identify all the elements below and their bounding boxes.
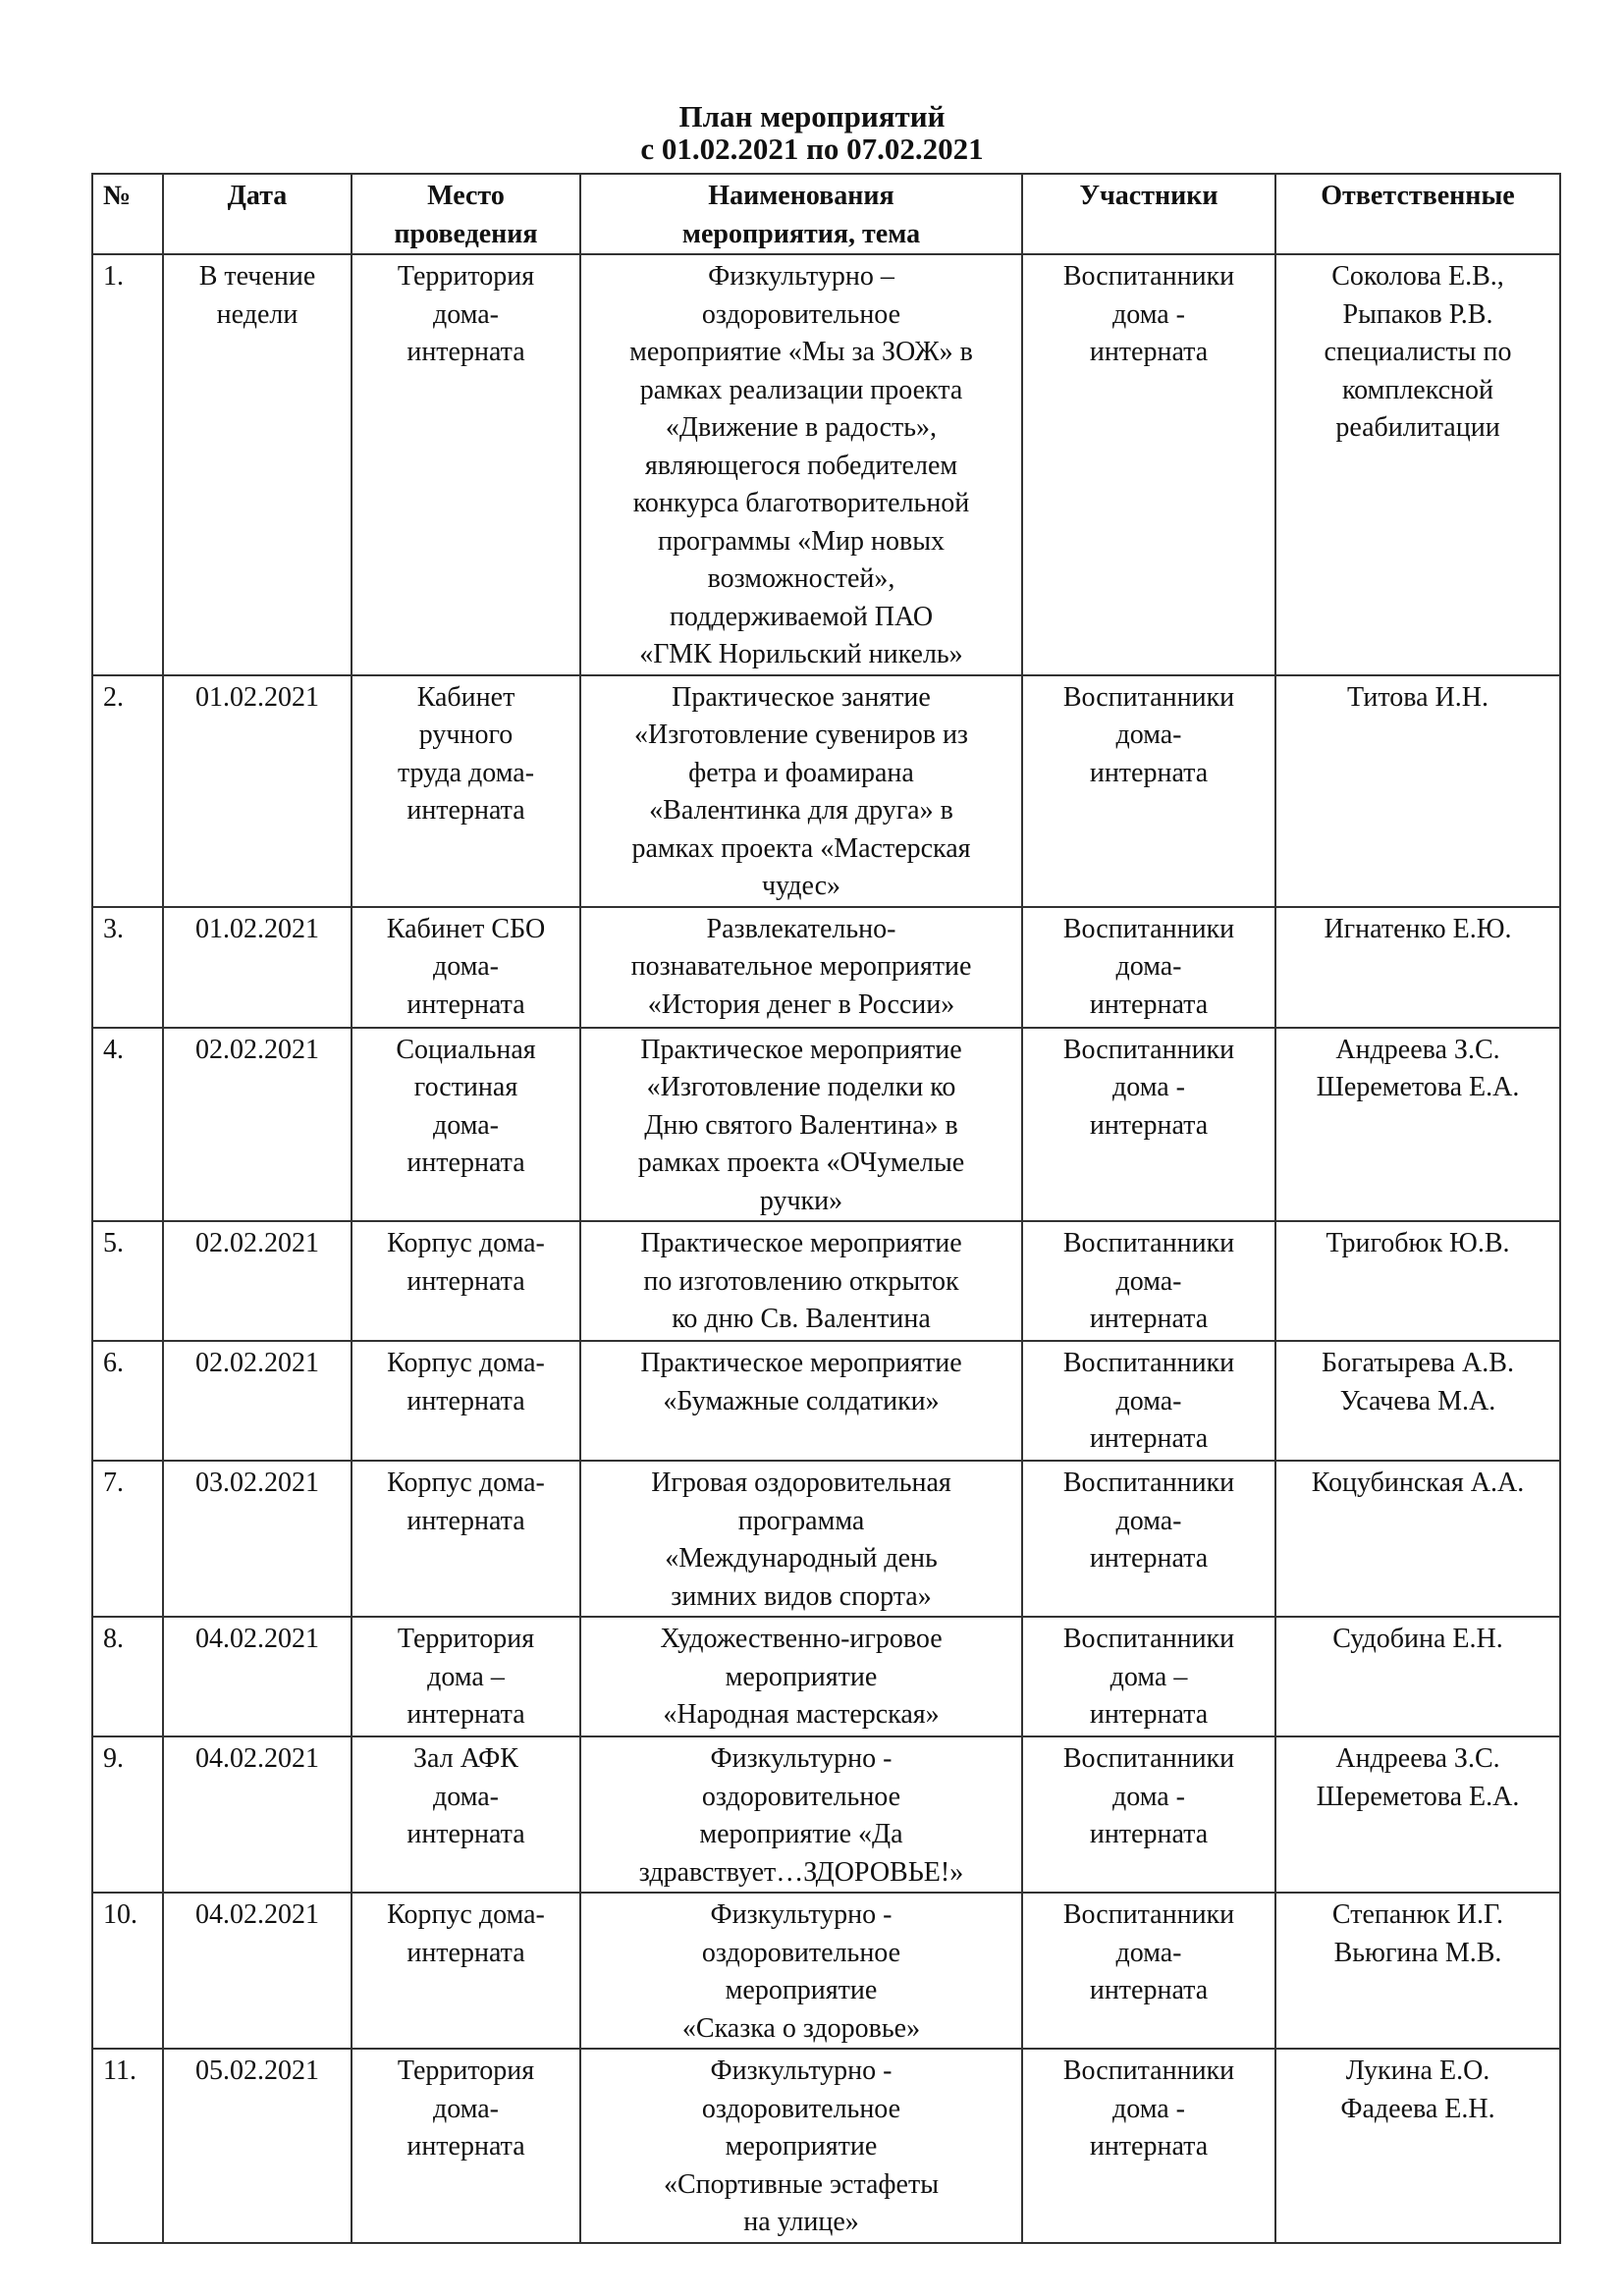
cell-date: 03.02.2021: [163, 1461, 352, 1617]
cell-text-line: Фадеева Е.Н.: [1282, 2091, 1553, 2129]
table-header-row: № Дата Местопроведения Наименованиямероп…: [92, 174, 1560, 254]
cell-date: В течениенедели: [163, 254, 352, 675]
cell-text-line: «История денег в России»: [587, 987, 1015, 1025]
cell-text-line: Дата: [170, 178, 345, 216]
cell-text-line: Рыпаков Р.В.: [1282, 296, 1553, 335]
cell-text-line: дома -: [1029, 2091, 1269, 2129]
cell-number: 11.: [92, 2049, 163, 2243]
cell-text-line: Игровая оздоровительная: [587, 1465, 1015, 1503]
cell-text-line: дома-: [358, 296, 573, 335]
cell-text-line: Корпус дома-: [358, 1225, 573, 1263]
cell-text-line: Практическое занятие: [587, 679, 1015, 718]
cell-text-line: Богатырева А.В.: [1282, 1345, 1553, 1383]
cell-text-line: Кабинет: [358, 679, 573, 718]
cell-text-line: Андреева З.С.: [1282, 1032, 1553, 1070]
cell-event-name: Физкультурно -оздоровительноемероприятие…: [580, 1893, 1022, 2049]
cell-text-line: Корпус дома-: [358, 1465, 573, 1503]
cell-text-line: 10.: [103, 1896, 156, 1935]
cell-text-line: интерната: [358, 2128, 573, 2166]
cell-text-line: Воспитанники: [1029, 1465, 1269, 1503]
cell-text-line: Воспитанники: [1029, 1740, 1269, 1779]
cell-text-line: Практическое мероприятие: [587, 1225, 1015, 1263]
cell-participants: Воспитанникидома –интерната: [1022, 1617, 1275, 1736]
cell-place: Кабинетручноготруда дома-интерната: [352, 675, 580, 907]
cell-text-line: Практическое мероприятие: [587, 1032, 1015, 1070]
cell-text-line: интерната: [1029, 1816, 1269, 1854]
cell-text-line: дома-: [1029, 948, 1269, 987]
cell-text-line: 8.: [103, 1621, 156, 1659]
cell-text-line: №: [103, 178, 156, 216]
cell-text-line: Тригобюк Ю.В.: [1282, 1225, 1553, 1263]
cell-text-line: мероприятие «Мы за ЗОЖ» в: [587, 334, 1015, 372]
cell-responsible: Богатырева А.В.Усачева М.А.: [1275, 1341, 1560, 1461]
cell-text-line: Лукина Е.О.: [1282, 2053, 1553, 2091]
cell-text-line: «Сказка о здоровье»: [587, 2010, 1015, 2049]
cell-text-line: дома -: [1029, 1779, 1269, 1817]
cell-text-line: зимних видов спорта»: [587, 1578, 1015, 1617]
cell-text-line: интерната: [1029, 1107, 1269, 1146]
cell-text-line: 02.02.2021: [170, 1345, 345, 1383]
cell-place: Территориядома-интерната: [352, 2049, 580, 2243]
cell-text-line: познавательное мероприятие: [587, 948, 1015, 987]
cell-text-line: дома-: [358, 1107, 573, 1146]
cell-text-line: интерната: [1029, 1420, 1269, 1459]
cell-text-line: конкурса благотворительной: [587, 485, 1015, 523]
cell-text-line: Наименования: [587, 178, 1015, 216]
cell-text-line: Шереметова Е.А.: [1282, 1069, 1553, 1107]
cell-participants: Воспитанникидома -интерната: [1022, 1736, 1275, 1893]
cell-event-name: Практическое мероприятие«Бумажные солдат…: [580, 1341, 1022, 1461]
table-row: 5.02.02.2021Корпус дома-интернатаПрактич…: [92, 1221, 1560, 1341]
cell-text-line: интерната: [1029, 755, 1269, 793]
table-row: 11.05.02.2021Территориядома-интернатаФиз…: [92, 2049, 1560, 2243]
cell-text-line: Художественно-игровое: [587, 1621, 1015, 1659]
cell-text-line: дома-: [1029, 1503, 1269, 1541]
cell-text-line: Территория: [358, 258, 573, 296]
cell-number: 4.: [92, 1028, 163, 1222]
cell-text-line: Судобина Е.Н.: [1282, 1621, 1553, 1659]
table-row: 6.02.02.2021Корпус дома-интернатаПрактич…: [92, 1341, 1560, 1461]
cell-text-line: дома-: [1029, 1263, 1269, 1302]
cell-event-name: Практическое занятие«Изготовление сувени…: [580, 675, 1022, 907]
cell-place: Корпус дома-интерната: [352, 1221, 580, 1341]
table-row: 4.02.02.2021Социальнаягостинаядома-интер…: [92, 1028, 1560, 1222]
cell-place: Корпус дома-интерната: [352, 1341, 580, 1461]
table-row: 10.04.02.2021Корпус дома-интернатаФизкул…: [92, 1893, 1560, 2049]
cell-place: Зал АФКдома-интерната: [352, 1736, 580, 1893]
cell-text-line: интерната: [358, 1696, 573, 1735]
cell-text-line: Соколова Е.В.,: [1282, 258, 1553, 296]
cell-text-line: 01.02.2021: [170, 911, 345, 949]
cell-text-line: рамках проекта «ОЧумелые: [587, 1145, 1015, 1183]
cell-text-line: интерната: [358, 792, 573, 830]
cell-number: 2.: [92, 675, 163, 907]
cell-text-line: фетра и фоамирана: [587, 755, 1015, 793]
cell-text-line: дома –: [358, 1659, 573, 1697]
cell-text-line: оздоровительное: [587, 1779, 1015, 1817]
cell-text-line: интерната: [358, 1145, 573, 1183]
cell-text-line: рамках проекта «Мастерская: [587, 830, 1015, 869]
cell-participants: Воспитанникидома-интерната: [1022, 1461, 1275, 1617]
header-event-name: Наименованиямероприятия, тема: [580, 174, 1022, 254]
cell-number: 10.: [92, 1893, 163, 2049]
cell-number: 9.: [92, 1736, 163, 1893]
cell-date: 02.02.2021: [163, 1341, 352, 1461]
cell-text-line: мероприятия, тема: [587, 216, 1015, 254]
cell-text-line: «Международный день: [587, 1540, 1015, 1578]
cell-text-line: Игнатенко Е.Ю.: [1282, 911, 1553, 949]
cell-text-line: программа: [587, 1503, 1015, 1541]
cell-event-name: Практическое мероприятиепо изготовлению …: [580, 1221, 1022, 1341]
cell-text-line: Воспитанники: [1029, 2053, 1269, 2091]
cell-text-line: «Изготовление поделки ко: [587, 1069, 1015, 1107]
cell-text-line: интерната: [1029, 334, 1269, 372]
table-row: 9.04.02.2021Зал АФКдома-интернатаФизкуль…: [92, 1736, 1560, 1893]
cell-text-line: оздоровительное: [587, 2091, 1015, 2129]
cell-text-line: Зал АФК: [358, 1740, 573, 1779]
cell-text-line: Территория: [358, 2053, 573, 2091]
cell-text-line: по изготовлению открыток: [587, 1263, 1015, 1302]
cell-text-line: здравствует…ЗДОРОВЬЕ!»: [587, 1854, 1015, 1893]
cell-responsible: Титова И.Н.: [1275, 675, 1560, 907]
cell-text-line: Коцубинская А.А.: [1282, 1465, 1553, 1503]
document-title: План мероприятий: [0, 100, 1624, 133]
cell-text-line: оздоровительное: [587, 1935, 1015, 1973]
cell-text-line: 03.02.2021: [170, 1465, 345, 1503]
cell-text-line: Усачева М.А.: [1282, 1383, 1553, 1421]
cell-participants: Воспитанникидома -интерната: [1022, 2049, 1275, 2243]
document-date-range: с 01.02.2021 по 07.02.2021: [0, 133, 1624, 165]
cell-text-line: 01.02.2021: [170, 679, 345, 718]
table-row: 7.03.02.2021Корпус дома-интернатаИгровая…: [92, 1461, 1560, 1617]
cell-text-line: дома-: [1029, 717, 1269, 755]
cell-text-line: интерната: [1029, 1972, 1269, 2010]
cell-text-line: 2.: [103, 679, 156, 718]
cell-text-line: «Движение в радость»,: [587, 409, 1015, 448]
cell-text-line: рамках реализации проекта: [587, 372, 1015, 410]
cell-text-line: Воспитанники: [1029, 1345, 1269, 1383]
cell-text-line: программы «Мир новых: [587, 523, 1015, 561]
cell-text-line: Воспитанники: [1029, 679, 1269, 718]
cell-text-line: Воспитанники: [1029, 1225, 1269, 1263]
cell-text-line: мероприятие: [587, 1659, 1015, 1697]
cell-text-line: Воспитанники: [1029, 911, 1269, 949]
cell-text-line: возможностей»,: [587, 561, 1015, 599]
cell-text-line: Развлекательно-: [587, 911, 1015, 949]
cell-text-line: являющегося победителем: [587, 448, 1015, 486]
cell-text-line: ко дню Св. Валентина: [587, 1301, 1015, 1339]
cell-participants: Воспитанникидома-интерната: [1022, 1221, 1275, 1341]
cell-text-line: 7.: [103, 1465, 156, 1503]
cell-text-line: дома-: [358, 948, 573, 987]
cell-event-name: Игровая оздоровительнаяпрограмма«Междуна…: [580, 1461, 1022, 1617]
cell-text-line: 6.: [103, 1345, 156, 1383]
cell-text-line: мероприятие: [587, 1972, 1015, 2010]
cell-text-line: 04.02.2021: [170, 1896, 345, 1935]
cell-text-line: поддерживаемой ПАО: [587, 599, 1015, 637]
cell-text-line: Воспитанники: [1029, 258, 1269, 296]
cell-date: 02.02.2021: [163, 1221, 352, 1341]
table-row: 1.В течениенеделиТерриториядома-интернат…: [92, 254, 1560, 675]
cell-text-line: Вьюгина М.В.: [1282, 1935, 1553, 1973]
cell-text-line: Воспитанники: [1029, 1032, 1269, 1070]
cell-responsible: Лукина Е.О.Фадеева Е.Н.: [1275, 2049, 1560, 2243]
cell-text-line: Шереметова Е.А.: [1282, 1779, 1553, 1817]
cell-responsible: Судобина Е.Н.: [1275, 1617, 1560, 1736]
cell-text-line: дома-: [358, 2091, 573, 2129]
cell-text-line: интерната: [358, 1816, 573, 1854]
cell-text-line: интерната: [1029, 1696, 1269, 1735]
cell-text-line: комплексной: [1282, 372, 1553, 410]
cell-responsible: Андреева З.С.Шереметова Е.А.: [1275, 1028, 1560, 1222]
cell-text-line: мероприятие: [587, 2128, 1015, 2166]
cell-text-line: интерната: [358, 987, 573, 1025]
cell-text-line: «Спортивные эстафеты: [587, 2166, 1015, 2205]
cell-text-line: Андреева З.С.: [1282, 1740, 1553, 1779]
cell-event-name: Художественно-игровоемероприятие«Народна…: [580, 1617, 1022, 1736]
cell-text-line: интерната: [1029, 1301, 1269, 1339]
cell-text-line: интерната: [358, 334, 573, 372]
cell-text-line: Физкультурно -: [587, 1740, 1015, 1779]
cell-text-line: дома –: [1029, 1659, 1269, 1697]
cell-place: Кабинет СБОдома-интерната: [352, 907, 580, 1028]
cell-date: 04.02.2021: [163, 1736, 352, 1893]
cell-text-line: дома-: [358, 1779, 573, 1817]
cell-text-line: чудес»: [587, 868, 1015, 906]
cell-text-line: Воспитанники: [1029, 1621, 1269, 1659]
cell-participants: Воспитанникидома-интерната: [1022, 907, 1275, 1028]
cell-number: 5.: [92, 1221, 163, 1341]
cell-text-line: Физкультурно -: [587, 2053, 1015, 2091]
cell-text-line: интерната: [358, 1503, 573, 1541]
cell-text-line: Корпус дома-: [358, 1896, 573, 1935]
cell-text-line: Участники: [1029, 178, 1269, 216]
cell-text-line: Степанюк И.Г.: [1282, 1896, 1553, 1935]
cell-text-line: гостиная: [358, 1069, 573, 1107]
cell-participants: Воспитанникидома -интерната: [1022, 1028, 1275, 1222]
cell-text-line: интерната: [1029, 2128, 1269, 2166]
cell-text-line: Физкультурно -: [587, 1896, 1015, 1935]
cell-place: Территориядома-интерната: [352, 254, 580, 675]
cell-text-line: Воспитанники: [1029, 1896, 1269, 1935]
cell-number: 7.: [92, 1461, 163, 1617]
cell-text-line: В течение: [170, 258, 345, 296]
cell-text-line: на улице»: [587, 2204, 1015, 2242]
cell-responsible: Игнатенко Е.Ю.: [1275, 907, 1560, 1028]
cell-text-line: интерната: [358, 1935, 573, 1973]
header-date: Дата: [163, 174, 352, 254]
table-row: 8.04.02.2021Территориядома –интернатаХуд…: [92, 1617, 1560, 1736]
cell-text-line: 4.: [103, 1032, 156, 1070]
cell-text-line: интерната: [358, 1383, 573, 1421]
cell-text-line: ручки»: [587, 1183, 1015, 1221]
cell-text-line: Социальная: [358, 1032, 573, 1070]
cell-text-line: специалисты по: [1282, 334, 1553, 372]
cell-text-line: 1.: [103, 258, 156, 296]
cell-responsible: Степанюк И.Г.Вьюгина М.В.: [1275, 1893, 1560, 2049]
cell-responsible: Тригобюк Ю.В.: [1275, 1221, 1560, 1341]
cell-text-line: 05.02.2021: [170, 2053, 345, 2091]
cell-participants: Воспитанникидома-интерната: [1022, 675, 1275, 907]
cell-text-line: 9.: [103, 1740, 156, 1779]
cell-number: 8.: [92, 1617, 163, 1736]
table-row: 3.01.02.2021Кабинет СБОдома-интернатаРаз…: [92, 907, 1560, 1028]
cell-text-line: дома-: [1029, 1383, 1269, 1421]
cell-text-line: 5.: [103, 1225, 156, 1263]
cell-text-line: 3.: [103, 911, 156, 949]
cell-text-line: Место: [358, 178, 573, 216]
cell-text-line: 11.: [103, 2053, 156, 2091]
header-place: Местопроведения: [352, 174, 580, 254]
cell-date: 04.02.2021: [163, 1617, 352, 1736]
cell-participants: Воспитанникидома-интерната: [1022, 1341, 1275, 1461]
cell-text-line: интерната: [1029, 1540, 1269, 1578]
cell-text-line: «Бумажные солдатики»: [587, 1383, 1015, 1421]
cell-text-line: ручного: [358, 717, 573, 755]
cell-text-line: дома -: [1029, 296, 1269, 335]
cell-text-line: оздоровительное: [587, 296, 1015, 335]
cell-text-line: Ответственные: [1282, 178, 1553, 216]
cell-text-line: Физкультурно –: [587, 258, 1015, 296]
cell-text-line: 02.02.2021: [170, 1225, 345, 1263]
cell-text-line: «Изготовление сувениров из: [587, 717, 1015, 755]
cell-text-line: интерната: [358, 1263, 573, 1302]
cell-text-line: 04.02.2021: [170, 1740, 345, 1779]
cell-text-line: Кабинет СБО: [358, 911, 573, 949]
events-plan-table: № Дата Местопроведения Наименованиямероп…: [91, 173, 1561, 2244]
cell-text-line: «Народная мастерская»: [587, 1696, 1015, 1735]
cell-event-name: Физкультурно -оздоровительноемероприятие…: [580, 2049, 1022, 2243]
header-number: №: [92, 174, 163, 254]
cell-text-line: «Валентинка для друга» в: [587, 792, 1015, 830]
cell-text-line: «ГМК Норильский никель»: [587, 636, 1015, 674]
cell-text-line: интерната: [1029, 987, 1269, 1025]
cell-number: 1.: [92, 254, 163, 675]
cell-text-line: 02.02.2021: [170, 1032, 345, 1070]
cell-event-name: Физкультурно –оздоровительноемероприятие…: [580, 254, 1022, 675]
cell-text-line: дома-: [1029, 1935, 1269, 1973]
table-body: 1.В течениенеделиТерриториядома-интернат…: [92, 254, 1560, 2243]
cell-place: Корпус дома-интерната: [352, 1893, 580, 2049]
cell-number: 6.: [92, 1341, 163, 1461]
cell-date: 01.02.2021: [163, 675, 352, 907]
cell-text-line: проведения: [358, 216, 573, 254]
cell-responsible: Андреева З.С.Шереметова Е.А.: [1275, 1736, 1560, 1893]
header-responsible: Ответственные: [1275, 174, 1560, 254]
cell-event-name: Развлекательно-познавательное мероприяти…: [580, 907, 1022, 1028]
cell-text-line: Титова И.Н.: [1282, 679, 1553, 718]
cell-place: Социальнаягостинаядома-интерната: [352, 1028, 580, 1222]
cell-text-line: Практическое мероприятие: [587, 1345, 1015, 1383]
cell-date: 05.02.2021: [163, 2049, 352, 2243]
header-participants: Участники: [1022, 174, 1275, 254]
cell-responsible: Коцубинская А.А.: [1275, 1461, 1560, 1617]
cell-event-name: Практическое мероприятие«Изготовление по…: [580, 1028, 1022, 1222]
cell-date: 02.02.2021: [163, 1028, 352, 1222]
cell-participants: Воспитанникидома-интерната: [1022, 1893, 1275, 2049]
cell-text-line: Корпус дома-: [358, 1345, 573, 1383]
cell-text-line: дома -: [1029, 1069, 1269, 1107]
cell-text-line: реабилитации: [1282, 409, 1553, 448]
cell-date: 04.02.2021: [163, 1893, 352, 2049]
cell-date: 01.02.2021: [163, 907, 352, 1028]
cell-text-line: мероприятие «Да: [587, 1816, 1015, 1854]
cell-text-line: труда дома-: [358, 755, 573, 793]
cell-event-name: Физкультурно -оздоровительноемероприятие…: [580, 1736, 1022, 1893]
cell-place: Корпус дома-интерната: [352, 1461, 580, 1617]
cell-participants: Воспитанникидома -интерната: [1022, 254, 1275, 675]
cell-text-line: Дню святого Валентина» в: [587, 1107, 1015, 1146]
cell-number: 3.: [92, 907, 163, 1028]
cell-text-line: Территория: [358, 1621, 573, 1659]
table-row: 2.01.02.2021Кабинетручноготруда дома-инт…: [92, 675, 1560, 907]
cell-text-line: 04.02.2021: [170, 1621, 345, 1659]
cell-place: Территориядома –интерната: [352, 1617, 580, 1736]
cell-responsible: Соколова Е.В.,Рыпаков Р.В.специалисты по…: [1275, 254, 1560, 675]
cell-text-line: недели: [170, 296, 345, 335]
